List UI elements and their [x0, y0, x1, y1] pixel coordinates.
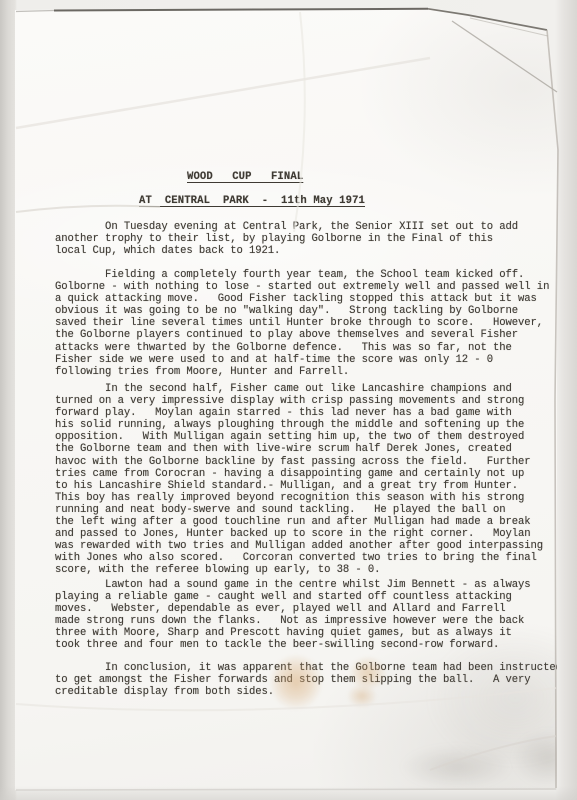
- paragraph-intro: On Tuesday evening at Central Park, the …: [55, 221, 575, 257]
- scanner-background: WOOD CUP FINAL AT CENTRAL PARK - 11th Ma…: [0, 0, 577, 800]
- paragraph-players: Lawton had a sound game in the centre wh…: [55, 579, 575, 652]
- scanned-page: WOOD CUP FINAL AT CENTRAL PARK - 11th Ma…: [15, 8, 557, 790]
- paragraph-second-half: In the second half, Fisher came out like…: [55, 383, 575, 577]
- scan-shadow: [513, 730, 577, 786]
- document-subtitle: AT CENTRAL PARK - 11th May 1971: [139, 195, 365, 207]
- paragraph-first-half: Fielding a completely fourth year team, …: [55, 269, 575, 378]
- paragraph-conclusion: In conclusion, it was apparent that the …: [55, 662, 575, 698]
- scan-shadow: [401, 746, 511, 788]
- document-title: WOOD CUP FINAL: [187, 171, 303, 183]
